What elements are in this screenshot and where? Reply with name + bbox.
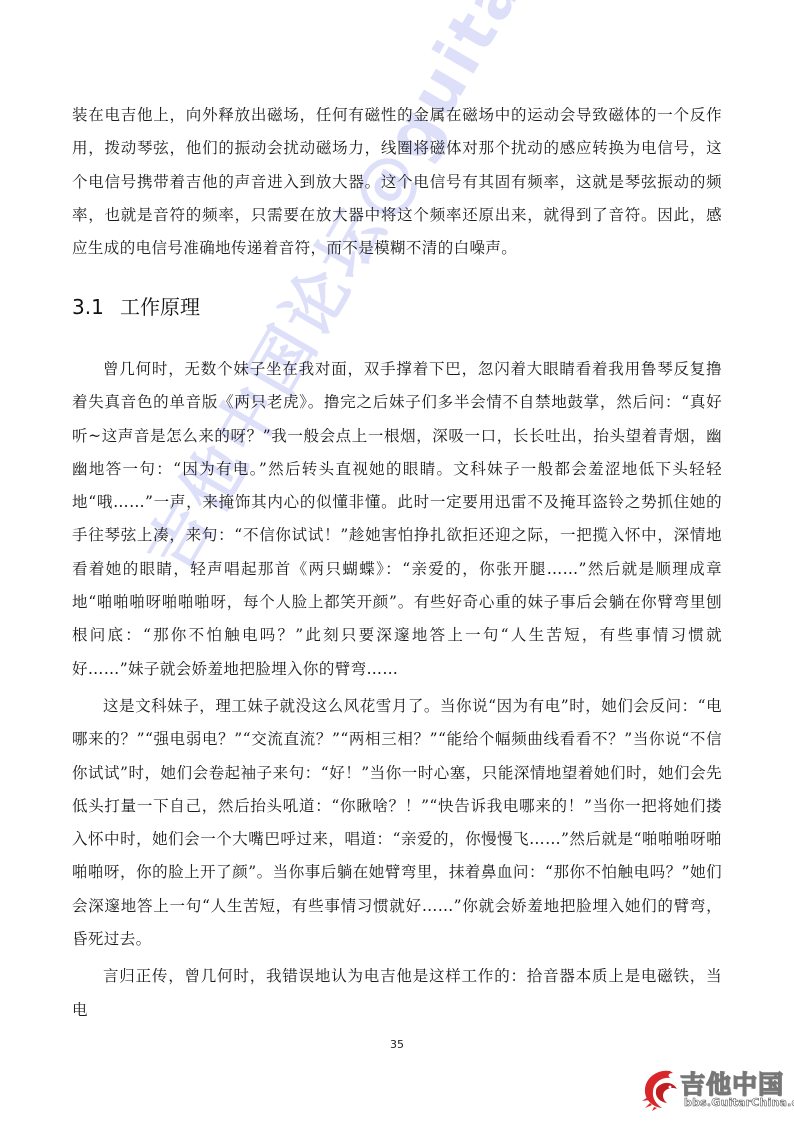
- intro-section: 装在电吉他上，向外释放出磁场，任何有磁性的金属在磁场中的运动会导致磁体的一个反作…: [72, 99, 722, 265]
- intro-paragraph: 装在电吉他上，向外释放出磁场，任何有磁性的金属在磁场中的运动会导致磁体的一个反作…: [72, 99, 722, 265]
- page-number: 35: [0, 1038, 794, 1051]
- section-title: 工作原理: [120, 295, 200, 319]
- logo-url: bbs.GuitarChina.com: [684, 1096, 794, 1109]
- section-number: 3.1: [72, 290, 120, 324]
- site-logo: 吉他中国 bbs.GuitarChina.com: [640, 1065, 790, 1115]
- body-paragraph: 言归正传，曾几何时，我错误地认为电吉他是这样工作的：拾音器本质上是电磁铁，当电: [72, 960, 722, 1027]
- body-paragraph: 曾几何时，无数个妹子坐在我对面，双手撑着下巴，忽闪着大眼睛看着我用鲁琴反复撸着失…: [72, 353, 722, 686]
- document-page: 吉他中国论坛@guitarchina.com 装在电吉他上，向外释放出磁场，任何…: [0, 0, 794, 1123]
- body-paragraph: 这是文科妹子，理工妹子就没这么风花雪月了。当你说“因为有电”时，她们会反问：“电…: [72, 690, 722, 956]
- section-body: 曾几何时，无数个妹子坐在我对面，双手撑着下巴，忽闪着大眼睛看着我用鲁琴反复撸着失…: [72, 353, 722, 1027]
- section-heading: 3.1工作原理: [72, 290, 200, 324]
- dragon-logo-icon: [640, 1067, 682, 1111]
